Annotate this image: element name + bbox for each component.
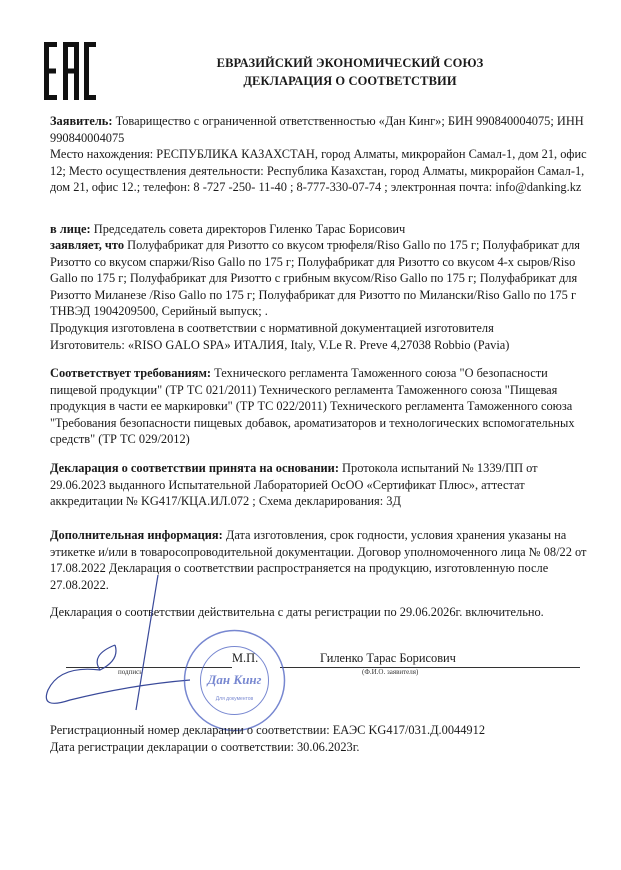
- additional-label: Дополнительная информация:: [50, 528, 223, 542]
- registration-number: Регистрационный номер декларации о соотв…: [50, 722, 590, 739]
- representative-text: Председатель совета директоров Гиленко Т…: [91, 222, 406, 236]
- name-line: [280, 667, 580, 668]
- svg-text:Для документов: Для документов: [216, 696, 254, 702]
- declares-section: заявляет, что Полуфабрикат для Ризотто с…: [50, 237, 590, 353]
- signer-name: Гиленко Тарас Борисович: [320, 651, 456, 666]
- eac-logo: [44, 42, 96, 100]
- union-title: ЕВРАЗИЙСКИЙ ЭКОНОМИЧЕСКИЙ СОЮЗ: [150, 54, 550, 72]
- svg-text:Дан Кинг: Дан Кинг: [207, 672, 262, 687]
- document-title: ДЕКЛАРАЦИЯ О СООТВЕТСТВИИ: [150, 72, 550, 90]
- representative-section: в лице: Председатель совета директоров Г…: [50, 221, 590, 238]
- applicant-address: Место нахождения: РЕСПУБЛИКА КАЗАХСТАН, …: [50, 147, 587, 194]
- tnved-code: ТНВЭД 1904209500, Серийный выпуск; .: [50, 304, 268, 318]
- company-stamp: Дан Кинг Для документов: [182, 628, 287, 733]
- applicant-label: Заявитель:: [50, 114, 113, 128]
- document-header: ЕВРАЗИЙСКИЙ ЭКОНОМИЧЕСКИЙ СОЮЗ ДЕКЛАРАЦИ…: [150, 54, 550, 90]
- declares-label: заявляет, что: [50, 238, 124, 252]
- eac-mark-icon: [44, 42, 96, 100]
- applicant-text: Товарищество с ограниченной ответственно…: [50, 114, 584, 145]
- conforms-label: Соответствует требованиям:: [50, 366, 211, 380]
- registration-date: Дата регистрации декларации о соответств…: [50, 739, 590, 756]
- basis-label: Декларация о соответствии принята на осн…: [50, 461, 339, 475]
- applicant-section: Заявитель: Товарищество с ограниченной о…: [50, 113, 590, 196]
- signer-caption: (Ф.И.О. заявителя): [362, 668, 418, 676]
- basis-section: Декларация о соответствии принята на осн…: [50, 460, 590, 510]
- products-text: Полуфабрикат для Ризотто со вкусом трюфе…: [50, 238, 580, 302]
- manufacturer: Изготовитель: «RISO GALO SPA» ИТАЛИЯ, It…: [50, 338, 509, 352]
- conforms-section: Соответствует требованиям: Технического …: [50, 365, 590, 448]
- production-note: Продукция изготовлена в соответствии с н…: [50, 321, 494, 335]
- representative-label: в лице:: [50, 222, 91, 236]
